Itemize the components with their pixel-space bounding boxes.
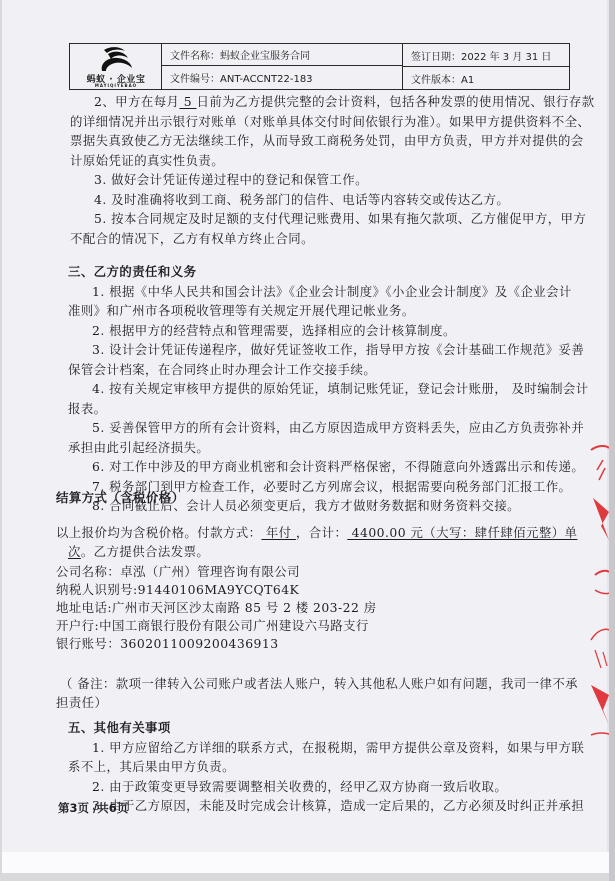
logo-mark-icon [98, 46, 134, 72]
page-bottom-margin [2, 852, 609, 873]
clause-b5-line2: 承担由此引起经济损失。 [68, 438, 568, 458]
clause-a2-line3: 票据失真致使乙方无法继续工作，从而导致工商税务处罚，由甲方负责，甲方并对提供的会 [70, 131, 570, 151]
section-title: 五、其他有关事项 [68, 718, 568, 738]
bank-name: 开户行:中国工商银行股份有限公司广州建设六马路支行 [56, 616, 576, 634]
clause-b4-line2: 报表。 [68, 399, 568, 419]
payment-note-line1: （ 备注：款项一律转入公司账户或者法人账户，转入其他私人账户如有问题，我司一律不… [56, 674, 576, 694]
clause-b5-line1: 5. 妥善保管甲方的所有会计资料，由乙方原因造成甲方资料丢失，应由乙方负责弥补并 [68, 418, 568, 438]
clause-a5-line1: 5. 按本合同规定及时足额的支付代理记账费用、如果有拖欠款项、乙方催促甲方，甲方 [70, 209, 570, 229]
section-other-matters: 五、其他有关事项 1. 甲方应留给乙方详细的联系方式，在报税期，需甲方提供公章及… [68, 718, 568, 816]
clause-a3: 3. 做好会计凭证传递过程中的登记和保管工作。 [70, 170, 570, 190]
file-version: 文件版本：A1 [403, 67, 569, 89]
clause-b3-line2: 保管会计档案，在合同终止时办理会计工作交接手续。 [68, 360, 568, 380]
clause-a4: 4. 及时准确将收到工商、税务部门的信件、电话等内容转交或传达乙方。 [70, 190, 570, 210]
clause-a2-line4: 计原始凭证的真实性负责。 [70, 151, 570, 171]
section-party-b: 三、乙方的责任和义务 1. 根据《中华人民共和国会计法》《企业会计制度》《小企业… [68, 262, 568, 516]
document-header-table: 蚂蚁 · 企业宝 MAYIQIYEBAO 文件名称：蚂蚁企业宝服务合同 文件编号… [69, 43, 570, 90]
clause-b1-line1: 1. 根据《中华人民共和国会计法》《企业会计制度》《小企业会计制度》及《企业会计 [68, 282, 568, 302]
section-title: 三、乙方的责任和义务 [68, 262, 568, 282]
clause-c1-line2: 系不上，其后果由甲方负责。 [68, 757, 568, 777]
clause-b3-line1: 3. 设计会计凭证传递程序，做好凭证签收工作，指导甲方按《会计基础工作规范》妥善 [68, 340, 568, 360]
clause-b2: 2. 根据甲方的经营特点和管理需要，选择相应的会计核算制度。 [68, 321, 568, 341]
payment-note-line2: 担责任） [56, 693, 576, 713]
clause-c2: 2. 由于政策变更导致需要调整相关收费的，经甲乙双方协商一致后收取。 [68, 777, 568, 797]
clause-a5-line2: 不配合的情况下，乙方有权单方终止合同。 [70, 229, 570, 249]
clause-c1-line1: 1. 甲方应留给乙方详细的联系方式，在报税期，需甲方提供公章及资料，如果与甲方联 [68, 738, 568, 758]
sign-date: 签订日期：2022 年 3 月 31 日 [403, 44, 569, 67]
payment-terms-line1: 以上报价均为含税价格。付款方式： 年付 ，合计： 4400.00 元（大写：肆仟… [56, 523, 576, 543]
file-name: 文件名称：蚂蚁企业宝服务合同 [162, 44, 403, 66]
company-name: 公司名称：卓泓（广州）管理咨询有限公司 [56, 562, 576, 580]
total-amount: 4400.00 元（大写：肆仟肆佰元整）单 [347, 525, 577, 540]
deadline-day: 5 [179, 94, 196, 109]
settlement-title: 结算方式（含税价格） [56, 488, 576, 508]
payment-method: 年付 [261, 525, 295, 540]
party-a-obligations: 2、甲方在每月 5 日前为乙方提供完整的会计资料，包括各种发票的使用情况、银行存… [70, 92, 570, 248]
scan-border [609, 0, 615, 881]
clause-b6: 6. 对工作中涉及的甲方商业机密和会计资料严格保密，不得随意向外透露出示和传递。 [68, 457, 568, 477]
file-number: 文件编号：ANT-ACCNT22-183 [162, 66, 403, 89]
clause-b1-line2: 准则》和广州市各项税收管理等有关规定开展代理记帐业务。 [68, 301, 568, 321]
clause-a2-line1: 2、甲方在每月 5 日前为乙方提供完整的会计资料，包括各种发票的使用情况、银行存… [70, 92, 570, 112]
clause-c3: 3. 由于乙方原因，未能及时完成会计核算，造成一定后果的，乙方必须及时纠正并承担 [68, 796, 568, 816]
payment-terms-line2: 次。乙方提供合法发票。 [56, 542, 576, 562]
tax-id: 纳税人识别号:91440106MA9YCQT64K [56, 580, 576, 598]
clause-b4-line1: 4. 按有关规定审核甲方提供的原始凭证，填制记账凭证，登记会计账册， 及时编制会… [68, 379, 568, 399]
clause-a2-line2: 的详细情况并出示银行对账单（对账单具体交付时间依银行为准）。如果甲方提供资料不全… [70, 112, 570, 132]
page-number: 第3页 /共6页 [58, 800, 128, 816]
settlement-section: 结算方式（含税价格） 以上报价均为含税价格。付款方式： 年付 ，合计： 4400… [56, 488, 576, 713]
bank-account: 银行账号：3602011009200436913 [56, 634, 576, 652]
address-phone: 地址电话:广州市天河区沙太南路 85 号 2 楼 203-22 房 [56, 598, 576, 616]
logo-text-en: MAYIQIYEBAO [70, 83, 162, 88]
company-logo: 蚂蚁 · 企业宝 MAYIQIYEBAO [70, 44, 162, 89]
